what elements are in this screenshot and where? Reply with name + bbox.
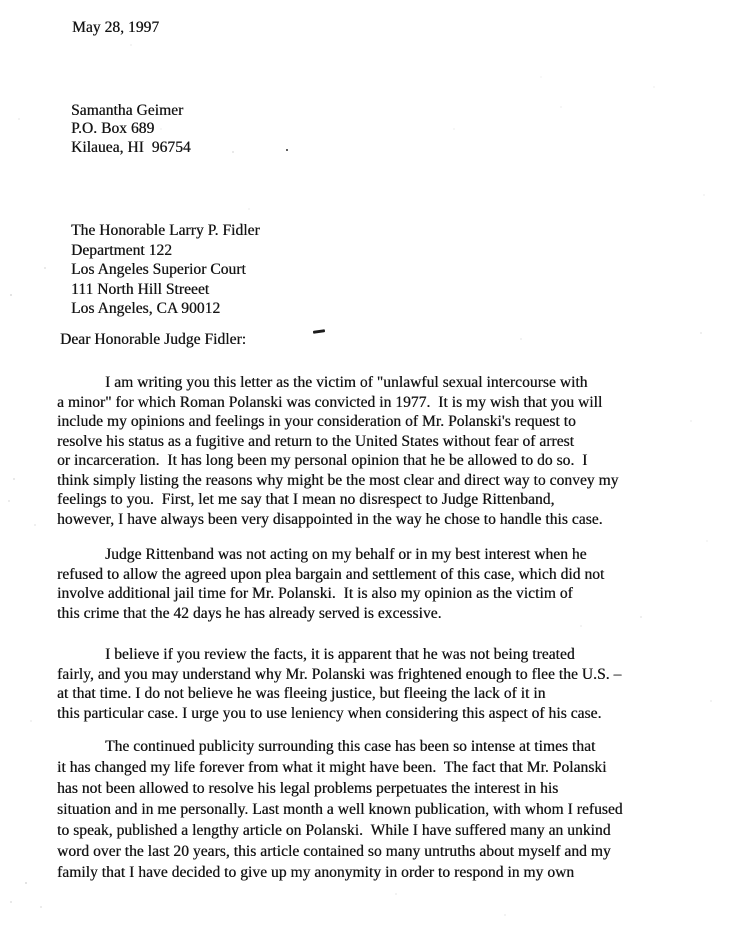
recipient-city-state-zip: Los Angeles, CA 90012	[71, 299, 260, 319]
paragraph-3: I believe if you review the facts, it is…	[57, 645, 717, 723]
paragraph-line: The continued publicity surrounding this…	[57, 736, 717, 757]
paragraph-line: at that time. I do not believe he was fl…	[57, 684, 717, 704]
scanned-letter-page: May 28, 1997 Samantha Geimer P.O. Box 68…	[0, 0, 735, 934]
paragraph-line: this particular case. I urge you to use …	[57, 704, 717, 724]
paragraph-4: The continued publicity surrounding this…	[57, 736, 717, 883]
sender-po-box: P.O. Box 689	[71, 120, 191, 138]
recipient-address-block: The Honorable Larry P. Fidler Department…	[71, 221, 260, 319]
recipient-court: Los Angeles Superior Court	[71, 260, 260, 280]
paragraph-line: family that I have decided to give up my…	[57, 862, 717, 883]
paragraph-line: Judge Rittenband was not acting on my be…	[57, 545, 717, 565]
paragraph-line: a minor" for which Roman Polanski was co…	[57, 393, 717, 413]
scan-noise-speckles	[0, 0, 2, 2]
paragraph-line: think simply listing the reasons why mig…	[57, 471, 717, 491]
paragraph-1: I am writing you this letter as the vict…	[57, 373, 717, 529]
paragraph-line: involve additional jail time for Mr. Pol…	[57, 584, 717, 604]
paragraph-line: however, I have always been very disappo…	[57, 510, 717, 530]
paragraph-line: word over the last 20 years, this articl…	[57, 841, 717, 862]
recipient-name: The Honorable Larry P. Fidler	[71, 221, 260, 241]
paragraph-line: include my opinions and feelings in your…	[57, 412, 717, 432]
paragraph-line: I believe if you review the facts, it is…	[57, 645, 717, 665]
sender-city-state-zip: Kilauea, HI 96754	[71, 139, 191, 157]
recipient-department: Department 122	[71, 241, 260, 261]
paragraph-line: to speak, published a lengthy article on…	[57, 820, 717, 841]
paragraph-line: I am writing you this letter as the vict…	[57, 373, 717, 393]
salutation: Dear Honorable Judge Fidler:	[60, 330, 246, 350]
recipient-street: 111 North Hill Streeet	[71, 280, 260, 300]
paragraph-line: situation and in me personally. Last mon…	[57, 799, 717, 820]
sender-name: Samantha Geimer	[71, 102, 191, 120]
paragraph-line: or incarceration. It has long been my pe…	[57, 451, 717, 471]
scan-dash-artifact	[313, 329, 325, 334]
paragraph-line: it has changed my life forever from what…	[57, 757, 717, 778]
paragraph-line: resolve his status as a fugitive and ret…	[57, 432, 717, 452]
paragraph-line: refused to allow the agreed upon plea ba…	[57, 565, 717, 585]
paragraph-line: feelings to you. First, let me say that …	[57, 490, 717, 510]
paragraph-line: this crime that the 42 days he has alrea…	[57, 604, 717, 624]
paragraph-line: fairly, and you may understand why Mr. P…	[57, 665, 717, 685]
paragraph-2: Judge Rittenband was not acting on my be…	[57, 545, 717, 623]
paragraph-line: has not been allowed to resolve his lega…	[57, 778, 717, 799]
sender-address-block: Samantha Geimer P.O. Box 689 Kilauea, HI…	[71, 102, 191, 157]
letter-date: May 28, 1997	[72, 18, 159, 38]
